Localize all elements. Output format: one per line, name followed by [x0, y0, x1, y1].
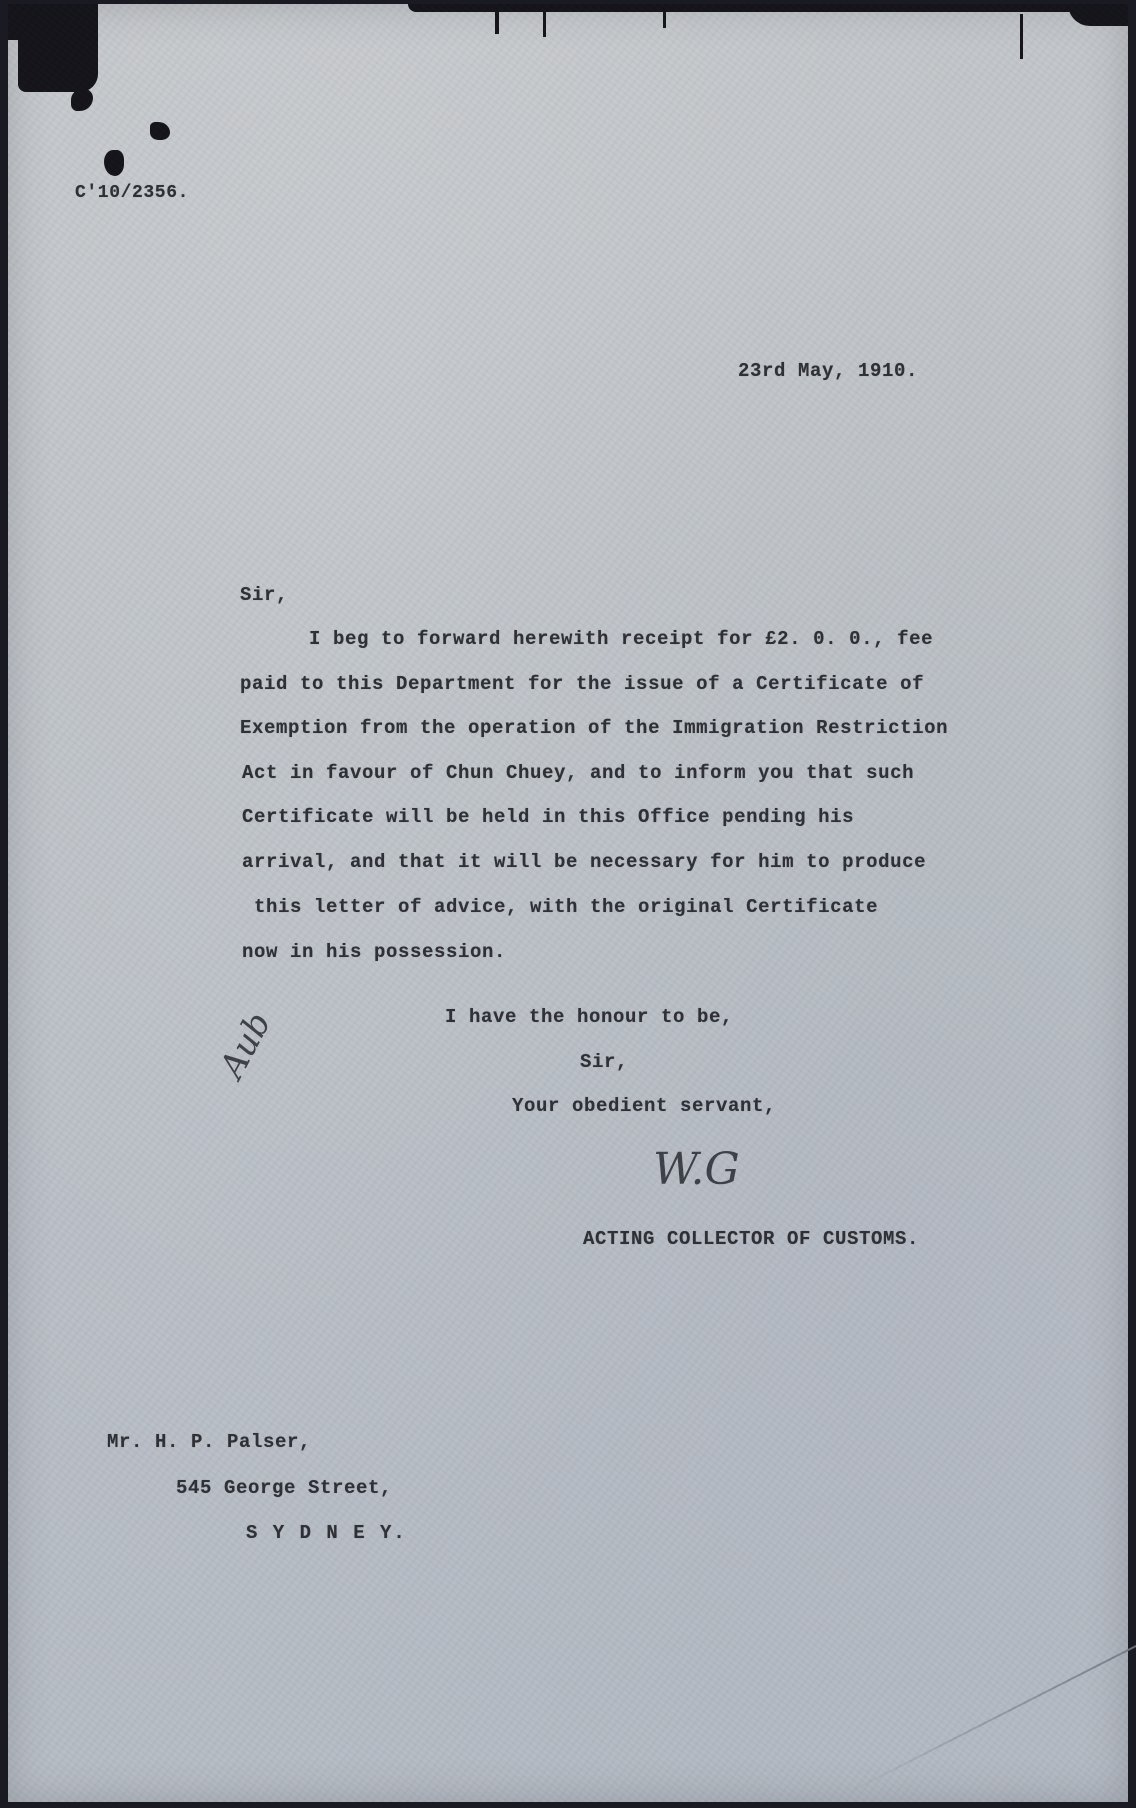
body-line-2: paid to this Department for the issue of… [240, 675, 924, 694]
body-line-1: I beg to forward herewith receipt for £2… [309, 630, 933, 649]
closing-line-1: I have the honour to be, [445, 1008, 733, 1027]
torn-top-edge [408, 4, 1128, 12]
salutation: Sir, [240, 586, 288, 605]
paper-crease [844, 1644, 1136, 1796]
tear-nick-3 [663, 12, 666, 28]
closing-line-3: Your obedient servant, [512, 1097, 776, 1116]
letter-page: C'10/2356. 23rd May, 1910. Sir, I beg to… [8, 4, 1128, 1802]
body-line-4: Act in favour of Chun Chuey, and to info… [242, 764, 914, 783]
closing-line-2: Sir, [580, 1053, 628, 1072]
reference-number: C'10/2356. [75, 184, 189, 202]
body-line-7: this letter of advice, with the original… [242, 898, 878, 917]
body-line-5: Certificate will be held in this Office … [242, 808, 854, 827]
addressee-street: 545 George Street, [176, 1479, 392, 1498]
punch-hole-2 [104, 150, 124, 176]
signature: W.G [653, 1144, 740, 1195]
margin-initials: Aub [212, 1006, 279, 1085]
tear-nick-4 [1020, 14, 1023, 59]
body-line-8: now in his possession. [242, 943, 506, 962]
punch-hole-1 [150, 122, 170, 140]
addressee-city: S Y D N E Y. [246, 1524, 407, 1543]
body-line-6: arrival, and that it will be necessary f… [242, 853, 926, 872]
addressee-name: Mr. H. P. Palser, [107, 1433, 311, 1452]
torn-top-right [1068, 4, 1128, 26]
signatory-title: ACTING COLLECTOR OF CUSTOMS. [583, 1230, 919, 1249]
tear-nick-1 [495, 12, 499, 34]
letter-date: 23rd May, 1910. [738, 362, 918, 381]
hole-left [71, 89, 93, 111]
tear-nick-2 [543, 12, 546, 37]
torn-strip-left [18, 4, 98, 92]
body-line-3: Exemption from the operation of the Immi… [240, 719, 948, 738]
